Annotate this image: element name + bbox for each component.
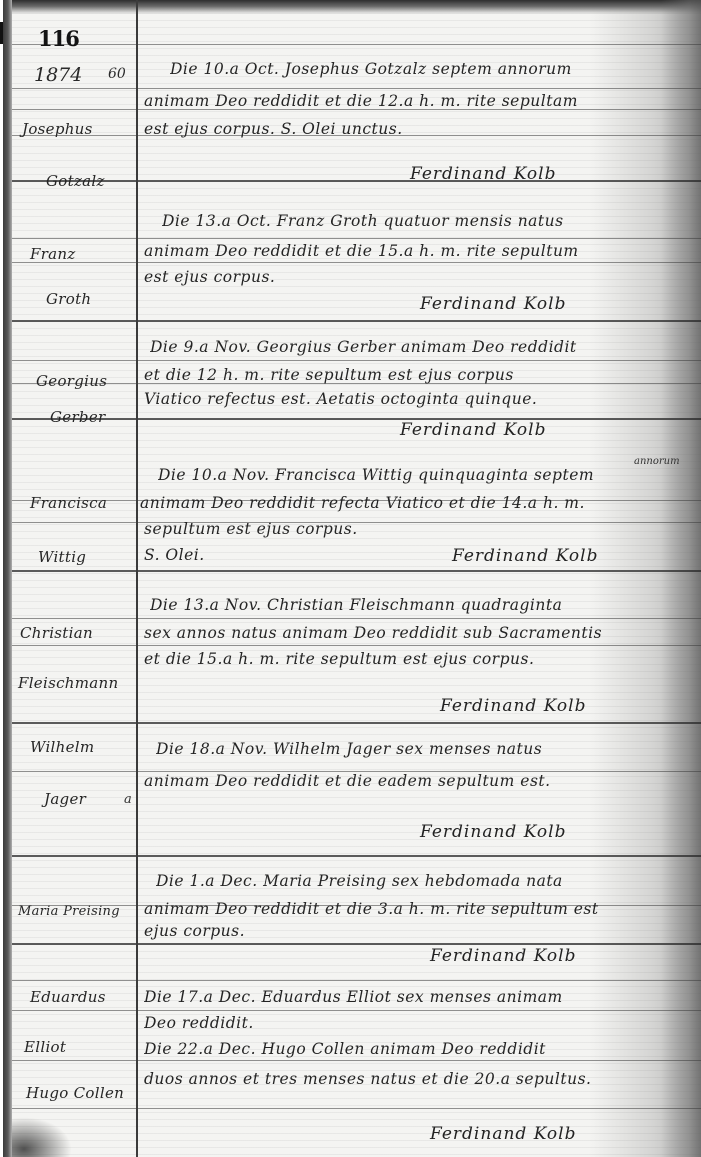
entry-separator — [12, 320, 701, 322]
entry-separator — [12, 855, 701, 857]
ruled-line — [12, 1010, 701, 1011]
entry-text-line: animam Deo reddidit et die 3.a h. m. rit… — [144, 900, 694, 918]
entry-name-first: Georgius — [36, 372, 150, 390]
entry-text-line: Die 9.a Nov. Georgius Gerber animam Deo … — [150, 338, 700, 356]
signature: Ferdinand Kolb — [430, 1124, 577, 1144]
signature: Ferdinand Kolb — [420, 822, 567, 842]
signature: Ferdinand Kolb — [410, 164, 557, 184]
entry-text-line: animam Deo reddidit et die 12.a h. m. ri… — [144, 92, 694, 110]
entry-text-line: est ejus corpus. — [144, 268, 694, 286]
entry-text-line: Die 22.a Dec. Hugo Collen animam Deo red… — [144, 1040, 694, 1058]
entry-text-line: sex annos natus animam Deo reddidit sub … — [144, 624, 694, 642]
ruled-line — [12, 44, 701, 45]
signature: Ferdinand Kolb — [440, 696, 587, 716]
ruled-line — [12, 618, 701, 619]
entry-name-last: Groth — [46, 290, 160, 308]
ruled-line — [12, 88, 701, 89]
scan-right-shadow — [661, 0, 701, 1157]
scan-bottom-shadow — [12, 1117, 72, 1157]
entry-text-line: Viatico refectus est. Aetatis octoginta … — [144, 390, 694, 408]
entry-name-first: Francisca — [30, 494, 144, 512]
entry-text-line: est ejus corpus. S. Olei unctus. — [144, 120, 694, 138]
entry-name-first: Wilhelm — [30, 738, 144, 756]
entry-name-last: Gerber — [50, 408, 164, 426]
scan-top-shadow — [12, 0, 701, 14]
ruled-line — [12, 238, 701, 239]
entry-text-line: Die 10.a Oct. Josephus Gotzalz septem an… — [170, 60, 701, 78]
entry-name-full: Maria Preising — [18, 904, 132, 919]
scan-left-edge — [0, 0, 12, 1157]
entry-text-line: duos annos et tres menses natus et die 2… — [144, 1070, 694, 1088]
entry-text-line: Die 13.a Oct. Franz Groth quatuor mensis… — [162, 212, 701, 230]
entry-separator — [12, 943, 701, 945]
entry-text-line: Die 17.a Dec. Eduardus Elliot sex menses… — [144, 988, 694, 1006]
entry-text-line: Deo reddidit. — [144, 1014, 694, 1032]
entry-name-last: Fleischmann — [18, 674, 132, 692]
entry-text-line: Die 10.a Nov. Francisca Wittig quinquagi… — [158, 466, 701, 484]
entry-separator — [12, 722, 701, 724]
ruled-line — [12, 645, 701, 646]
year: 1874 — [34, 64, 82, 86]
ruled-line — [12, 360, 701, 361]
scan-mark — [0, 22, 3, 44]
entry-name-first: Eduardus — [30, 988, 144, 1006]
entry-text-line: et die 15.a h. m. rite sepultum est ejus… — [144, 650, 694, 668]
signature: Ferdinand Kolb — [430, 946, 577, 966]
signature: Ferdinand Kolb — [420, 294, 567, 314]
ruled-line — [12, 1108, 701, 1109]
entry-name-first: Josephus — [22, 120, 136, 138]
entry-name-first: Christian — [20, 624, 134, 642]
entry-text-line: sepultum est ejus corpus. — [144, 520, 694, 538]
entry-text-line: Die 1.a Dec. Maria Preising sex hebdomad… — [156, 872, 701, 890]
ruled-line — [12, 1060, 701, 1061]
entry-name-last: Jager — [44, 790, 158, 808]
entry-text-line: animam Deo reddidit refecta Viatico et d… — [140, 494, 690, 512]
entry-name-last: Wittig — [38, 548, 152, 566]
year-annotation: 60 — [108, 66, 126, 82]
ruled-line — [12, 980, 701, 981]
register-page: 116 1874 60 Josephus Gotzalz Die 10.a Oc… — [0, 0, 701, 1157]
page-number: 116 — [38, 26, 79, 51]
signature: Ferdinand Kolb — [452, 546, 599, 566]
entry-name-second: Hugo Collen — [26, 1084, 140, 1102]
entry-name-last: Gotzalz — [46, 172, 160, 190]
entry-text-line: animam Deo reddidit et die 15.a h. m. ri… — [144, 242, 694, 260]
signature: Ferdinand Kolb — [400, 420, 547, 440]
entry-name-first: Franz — [30, 245, 144, 263]
entry-text-line: S. Olei. — [144, 546, 694, 564]
entry-separator — [12, 570, 701, 572]
entry-name-last: Elliot — [24, 1038, 138, 1056]
entry-text-line: Die 13.a Nov. Christian Fleischmann quad… — [150, 596, 700, 614]
entry-text-line: Die 18.a Nov. Wilhelm Jager sex menses n… — [156, 740, 701, 758]
entry-text-line: ejus corpus. — [144, 922, 694, 940]
entry-text-line: animam Deo reddidit et die eadem sepultu… — [144, 772, 694, 790]
margin-mark: a — [124, 792, 132, 807]
entry-text-line: et die 12 h. m. rite sepultum est ejus c… — [144, 366, 694, 384]
